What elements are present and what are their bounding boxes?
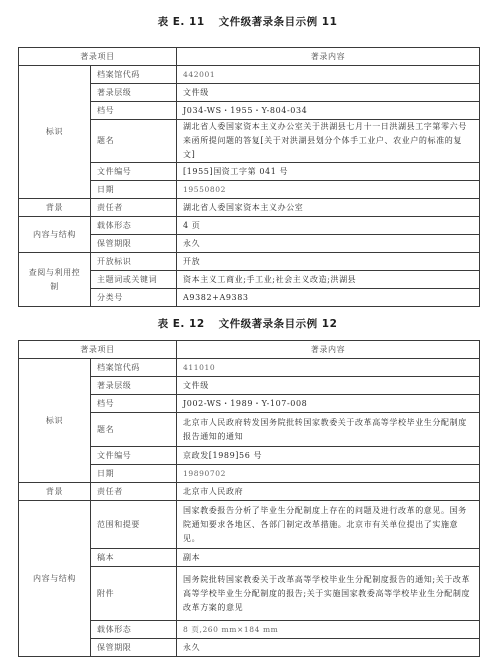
header-item: 著录项目 [19,48,177,66]
table-caption: 文件级著录条目示例 11 [219,16,338,28]
field-value: 国家教委报告分析了毕业生分配制度上存在的问题及进行改革的意见。国务院通知要求各地… [177,501,480,549]
field-label: 开放标识 [91,253,177,271]
field-label: 附件 [91,567,177,621]
header-item: 著录项目 [19,341,177,359]
field-value: 北京市人民政府转发国务院批转国家教委关于改革高等学校毕业生分配制度报告通知的通知 [177,413,480,447]
field-label: 题名 [91,120,177,163]
field-value: 4 页 [177,217,480,235]
field-label: 文件编号 [91,163,177,181]
table-row: 背景 责任者 北京市人民政府 [19,483,480,501]
table-row: 内容与结构 范围和提要 国家教委报告分析了毕业生分配制度上存在的问题及进行改革的… [19,501,480,549]
table-header-row: 著录项目 著录内容 [19,341,480,359]
table-number: 表 E. 11 [158,16,205,28]
field-label: 稿本 [91,549,177,567]
field-label: 档案馆代码 [91,359,177,377]
field-value: 开放 [177,253,480,271]
field-label: 范围和提要 [91,501,177,549]
table-row: 查阅与利用控制 开放标识 开放 [19,253,480,271]
field-label: 日期 [91,465,177,483]
field-label: 题名 [91,413,177,447]
field-value: 副本 [177,549,480,567]
group-background: 背景 [19,483,91,501]
field-value: 永久 [177,639,480,657]
field-value: 19550802 [177,181,480,199]
table-caption: 文件级著录条目示例 12 [219,318,338,330]
field-value: 411010 [177,359,480,377]
table-e12-title: 表 E. 12文件级著录条目示例 12 [0,316,495,331]
field-label: 档案馆代码 [91,66,177,84]
header-content: 著录内容 [177,48,480,66]
table-row: 标识 档案馆代码 442001 [19,66,480,84]
catalog-table-e12: 著录项目 著录内容 标识 档案馆代码 411010 著录层级 文件级 档号 J0… [18,340,480,657]
field-value: 京政发[1989]56 号 [177,447,480,465]
field-label: 档号 [91,102,177,120]
field-value: 永久 [177,235,480,253]
field-label: 分类号 [91,289,177,307]
field-label: 载体形态 [91,621,177,639]
field-label: 载体形态 [91,217,177,235]
field-value: A9382+A9383 [177,289,480,307]
group-access-control: 查阅与利用控制 [19,253,91,307]
group-background: 背景 [19,199,91,217]
table-number: 表 E. 12 [158,318,205,330]
group-identity: 标识 [19,66,91,199]
field-label: 日期 [91,181,177,199]
field-value: 国务院批转国家教委关于改革高等学校毕业生分配制度报告的通知;关于改革高等学校毕业… [177,567,480,621]
field-value: [1955]国资工字第 041 号 [177,163,480,181]
field-value: 文件级 [177,377,480,395]
table-header-row: 著录项目 著录内容 [19,48,480,66]
field-label: 主题词或关键词 [91,271,177,289]
field-label: 文件编号 [91,447,177,465]
field-value: 8 页,260 mm×184 mm [177,621,480,639]
field-label: 档号 [91,395,177,413]
catalog-table-e11: 著录项目 著录内容 标识 档案馆代码 442001 著录层级 文件级 档号 J0… [18,47,480,307]
table-row: 背景 责任者 湖北省人委国家资本主义办公室 [19,199,480,217]
field-label: 责任者 [91,199,177,217]
group-content-structure: 内容与结构 [19,217,91,253]
field-label: 保管期限 [91,235,177,253]
table-row: 标识 档案馆代码 411010 [19,359,480,377]
field-label: 著录层级 [91,377,177,395]
field-value: 442001 [177,66,480,84]
field-value: 湖北省人委国家资本主义办公室 [177,199,480,217]
group-identity: 标识 [19,359,91,483]
field-value: 北京市人民政府 [177,483,480,501]
field-label: 保管期限 [91,639,177,657]
table-e11-title: 表 E. 11文件级著录条目示例 11 [0,14,495,29]
field-value: 19890702 [177,465,480,483]
field-value: J002-WS・1989・Y-107-008 [177,395,480,413]
field-value: 湖北省人委国家资本主义办公室关于洪湖县七月十一日洪湖县工字第零六号来函所提问题的… [177,120,480,163]
field-label: 著录层级 [91,84,177,102]
header-content: 著录内容 [177,341,480,359]
table-row: 内容与结构 载体形态 4 页 [19,217,480,235]
field-value: 文件级 [177,84,480,102]
group-content-structure: 内容与结构 [19,501,91,657]
field-value: 资本主义工商业;手工业;社会主义改造;洪湖县 [177,271,480,289]
field-value: J034-WS・1955・Y-804-034 [177,102,480,120]
field-label: 责任者 [91,483,177,501]
